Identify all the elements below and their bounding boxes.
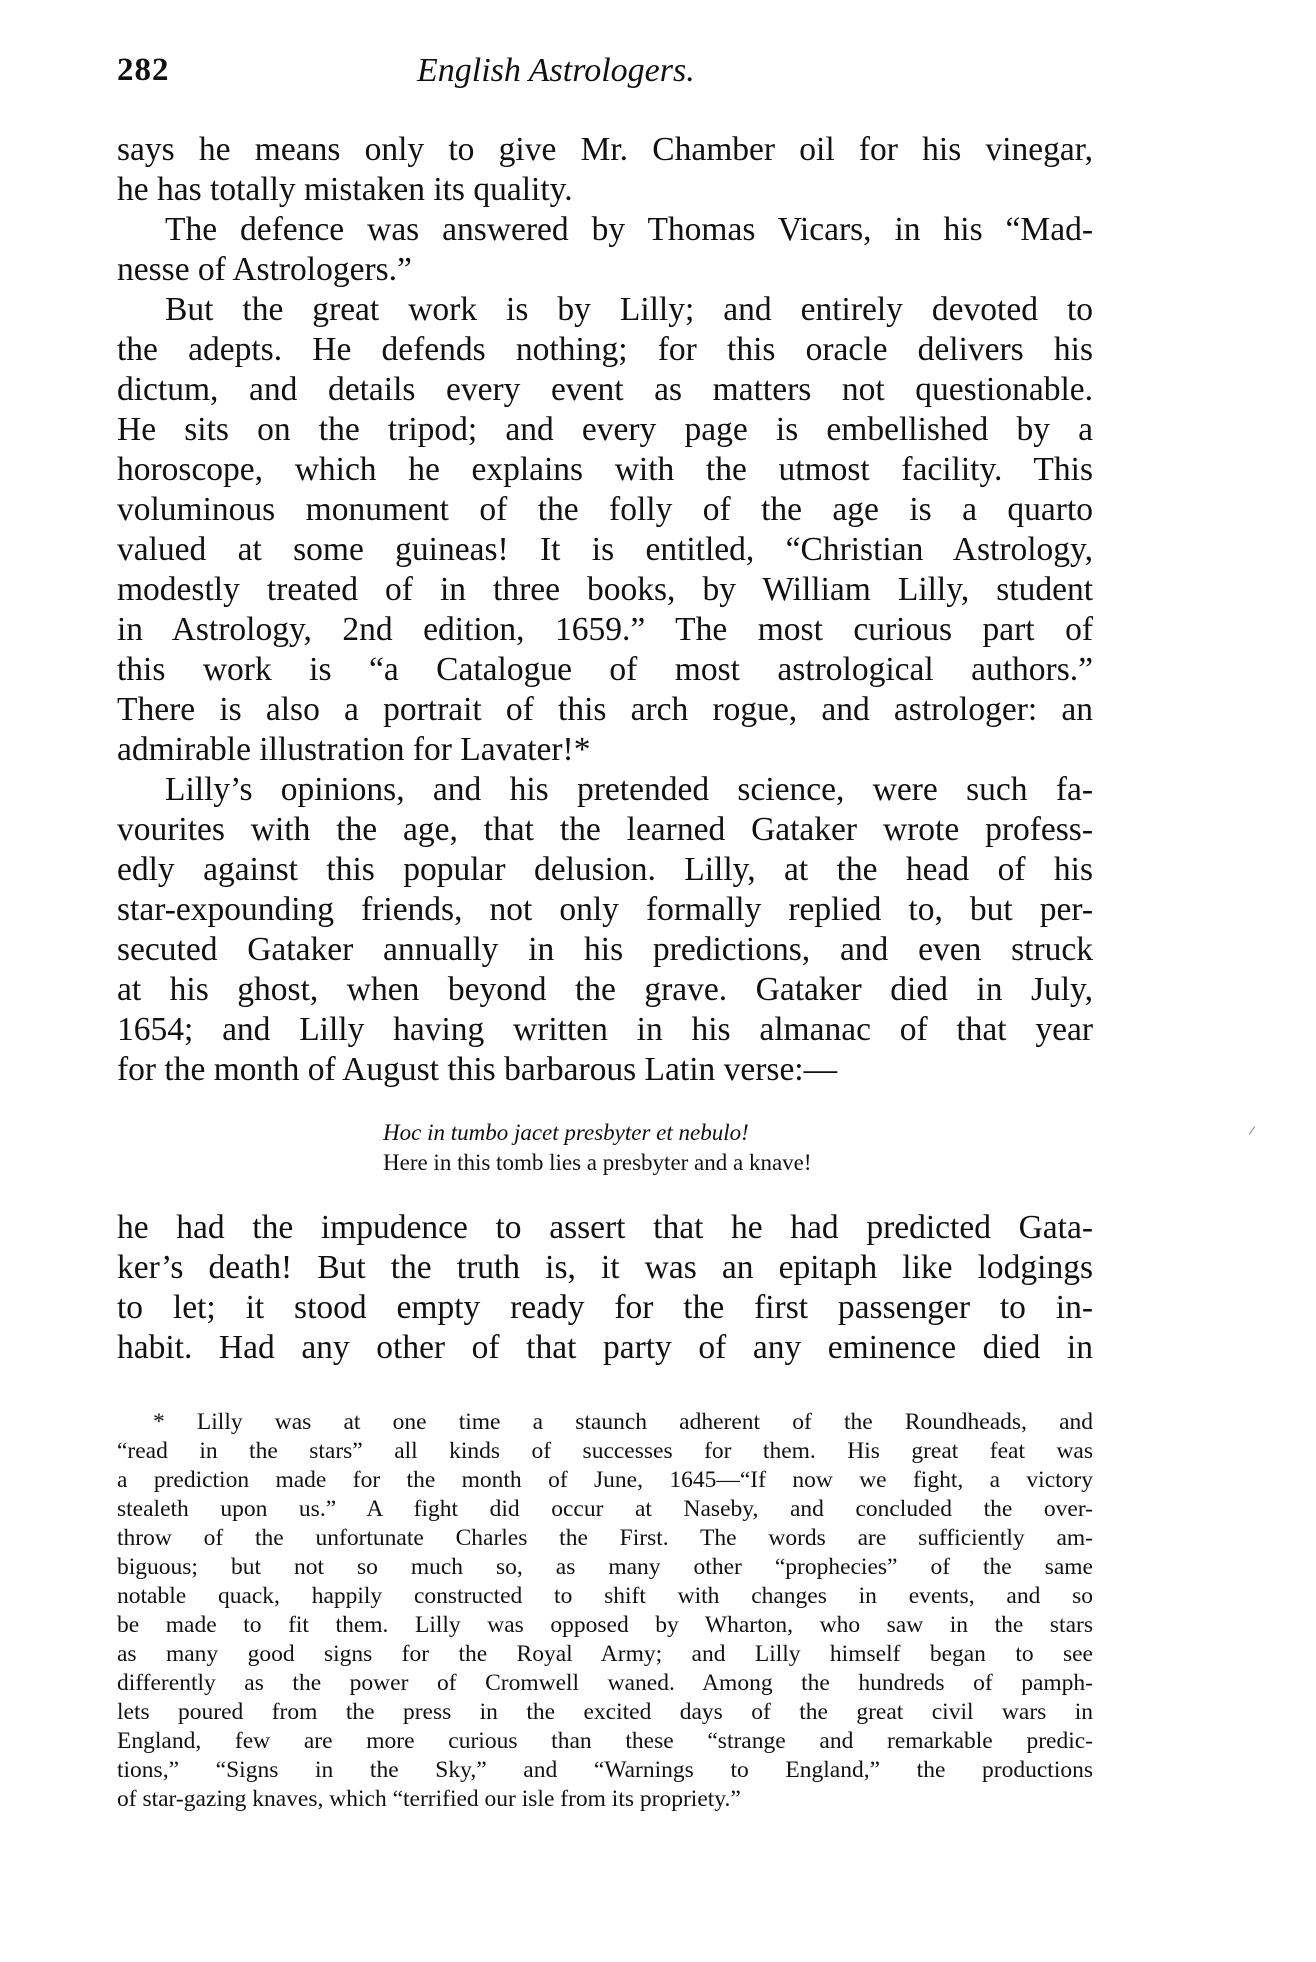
text-line: habit. Had any other of that party of an…	[117, 1328, 1093, 1368]
verse-translation: Here in this tomb lies a presbyter and a…	[383, 1148, 812, 1178]
text-line: He sits on the tripod; and every page is…	[117, 410, 1093, 450]
text-line: says he means only to give Mr. Chamber o…	[117, 130, 1093, 170]
text-line: this work is “a Catalogue of most astrol…	[117, 650, 1093, 690]
text-line: vourites with the age, that the learned …	[117, 810, 1093, 850]
text-line: dictum, and details every event as matte…	[117, 370, 1093, 410]
footnote-line: a prediction made for the month of June,…	[117, 1466, 1093, 1495]
latin-verse: Hoc in tumbo jacet presbyter et nebulo!	[383, 1118, 749, 1148]
text-line: to let; it stood empty ready for the fir…	[117, 1288, 1093, 1328]
text-line: for the month of August this barbarous L…	[117, 1050, 1093, 1090]
footnote-line: lets poured from the press in the excite…	[117, 1698, 1093, 1727]
footnote-line: be made to fit them. Lilly was opposed b…	[117, 1611, 1093, 1640]
book-page: 282 English Astrologers. says he means o…	[0, 0, 1316, 1962]
footnote-line: throw of the unfortunate Charles the Fir…	[117, 1524, 1093, 1553]
text-line: 1654; and Lilly having written in his al…	[117, 1010, 1093, 1050]
text-line: in Astrology, 2nd edition, 1659.” The mo…	[117, 610, 1093, 650]
page-header: 282 English Astrologers.	[117, 52, 1093, 102]
text-line: horoscope, which he explains with the ut…	[117, 450, 1093, 490]
footnote-line: differently as the power of Cromwell wan…	[117, 1669, 1093, 1698]
text-line: at his ghost, when beyond the grave. Gat…	[117, 970, 1093, 1010]
footnote-line: biguous; but not so much so, as many oth…	[117, 1553, 1093, 1582]
footnote-line: notable quack, happily constructed to sh…	[117, 1582, 1093, 1611]
scan-artifact-mark	[1249, 1126, 1256, 1135]
text-line: voluminous monument of the folly of the …	[117, 490, 1093, 530]
text-line: star-expounding friends, not only formal…	[117, 890, 1093, 930]
text-line: admirable illustration for Lavater!*	[117, 730, 1093, 770]
text-line: ker’s death! But the truth is, it was an…	[117, 1248, 1093, 1288]
footnote-line: tions,” “Signs in the Sky,” and “Warning…	[117, 1756, 1093, 1785]
text-line: modestly treated of in three books, by W…	[117, 570, 1093, 610]
text-line: nesse of Astrologers.”	[117, 250, 1093, 290]
footnote-line: * Lilly was at one time a staunch adhere…	[117, 1408, 1093, 1437]
text-line: he has totally mistaken its quality.	[117, 170, 1093, 210]
text-line: he had the impudence to assert that he h…	[117, 1208, 1093, 1248]
footnote-line: as many good signs for the Royal Army; a…	[117, 1640, 1093, 1669]
text-line: But the great work is by Lilly; and enti…	[117, 290, 1093, 330]
text-line: the adepts. He defends nothing; for this…	[117, 330, 1093, 370]
footnote-line: “read in the stars” all kinds of success…	[117, 1437, 1093, 1466]
page-number: 282	[117, 52, 170, 89]
text-line: The defence was answered by Thomas Vicar…	[117, 210, 1093, 250]
text-line: There is also a portrait of this arch ro…	[117, 690, 1093, 730]
text-line: secuted Gataker annually in his predicti…	[117, 930, 1093, 970]
footnote-line: of star-gazing knaves, which “terrified …	[117, 1785, 1093, 1814]
running-title: English Astrologers.	[417, 52, 695, 90]
footnote-line: stealeth upon us.” A fight did occur at …	[117, 1495, 1093, 1524]
text-line: Lilly’s opinions, and his pretended scie…	[117, 770, 1093, 810]
footnote-line: England, few are more curious than these…	[117, 1727, 1093, 1756]
text-line: edly against this popular delusion. Lill…	[117, 850, 1093, 890]
text-line: valued at some guineas! It is entitled, …	[117, 530, 1093, 570]
